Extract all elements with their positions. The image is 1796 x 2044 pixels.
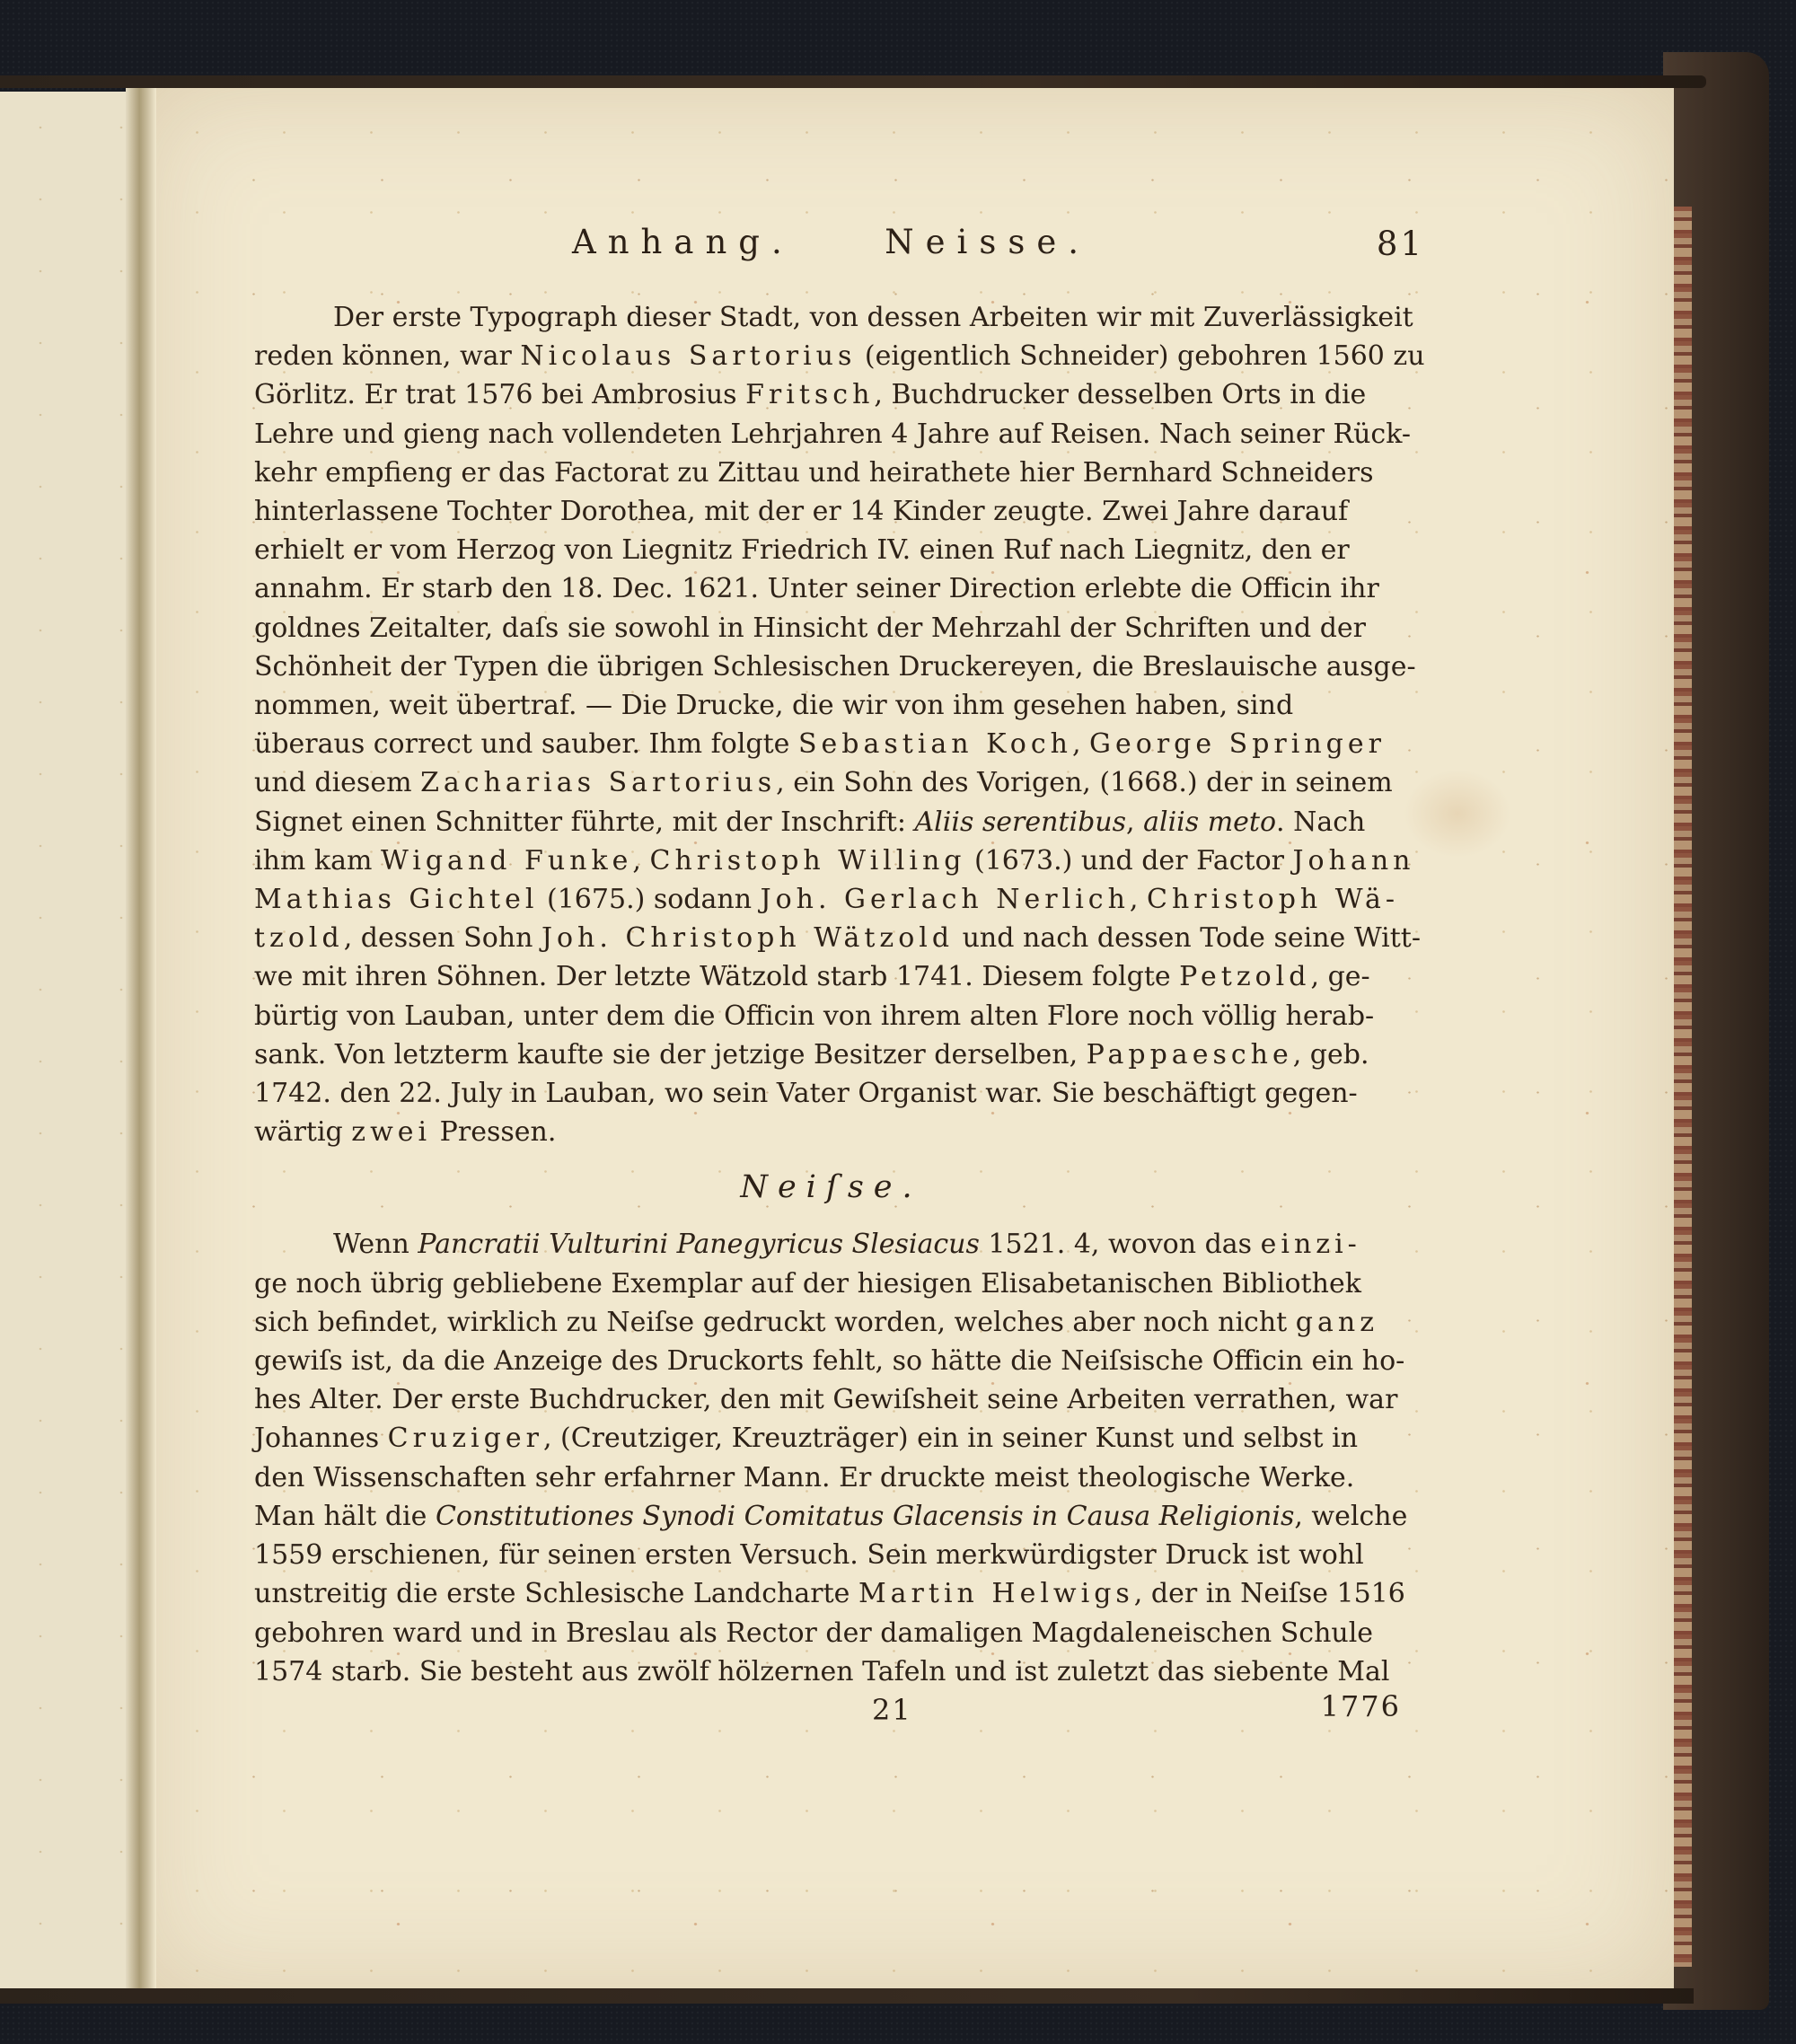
text-segment: kehr empfieng er das Factorat zu Zittau … — [254, 457, 1373, 489]
text-segment: einzi- — [1261, 1229, 1361, 1260]
text-segment: Christoph Wä- — [1147, 884, 1399, 915]
text-line: Görlitz. Er trat 1576 bei Ambrosius Frit… — [254, 375, 1408, 414]
text-segment: Johannes — [254, 1423, 388, 1454]
text-segment: Nicolaus Sartorius — [520, 340, 856, 372]
text-segment: hes Alter. Der erste Buchdrucker, den mi… — [254, 1384, 1397, 1415]
text-line: gewiſs ist, da die Anzeige des Druckorts… — [254, 1342, 1408, 1380]
text-segment: gewiſs ist, da die Anzeige des Druckorts… — [254, 1345, 1404, 1377]
text-segment: Wenn — [333, 1229, 418, 1260]
text-segment: reden können, war — [254, 340, 520, 372]
text-line: Mathias Gichtel (1675.) sodann Joh. Gerl… — [254, 880, 1408, 919]
text-segment: zwei — [351, 1116, 431, 1148]
text-segment: Joh. Christoph Wätzold — [541, 922, 954, 954]
page-footer: 21 1776 — [254, 1693, 1408, 1734]
running-header-title: Anhang. Neisse. — [254, 223, 1408, 261]
text-line: kehr empfieng er das Factorat zu Zittau … — [254, 454, 1408, 492]
text-segment: überaus correct und sauber. Ihm folgte — [254, 728, 798, 760]
text-segment: Pancratii Vulturini Panegyricus Slesiacu… — [418, 1229, 980, 1260]
text-segment: . Nach — [1276, 806, 1365, 838]
text-segment: ganz — [1296, 1307, 1378, 1338]
text-segment: George Springer — [1089, 728, 1386, 760]
text-line: we mit ihren Söhnen. Der letzte Wätzold … — [254, 957, 1408, 996]
text-segment: , Buchdrucker desselben Orts in die — [874, 379, 1366, 410]
text-segment: Wigand Funke — [381, 845, 632, 877]
text-segment: 1521. 4, wovon das — [980, 1229, 1261, 1260]
text-segment: Lehre und gieng nach vollendeten Lehrjah… — [254, 418, 1411, 450]
text-line: sich befindet, wirklich zu Neiſse gedruc… — [254, 1303, 1408, 1342]
text-line: gebohren ward und in Breslau als Rector … — [254, 1614, 1408, 1652]
text-segment: Cruziger — [388, 1423, 543, 1454]
page-body: Der erste Typograph dieser Stadt, von de… — [254, 298, 1408, 1691]
text-line: Lehre und gieng nach vollendeten Lehrjah… — [254, 415, 1408, 454]
text-line: Der erste Typograph dieser Stadt, von de… — [254, 298, 1408, 337]
text-segment: , (Creutziger, Kreuzträger) ein in seine… — [543, 1423, 1358, 1454]
text-segment: Zacharias Sartorius — [420, 767, 776, 798]
text-segment: sank. Von letzterm kaufte sie der jetzig… — [254, 1039, 1087, 1070]
text-segment: gebohren ward und in Breslau als Rector … — [254, 1617, 1373, 1649]
text-segment: Schönheit der Typen die übrigen Schlesis… — [254, 651, 1416, 683]
text-segment: Signet einen Schnitter führte, mit der I… — [254, 806, 915, 838]
text-line: Wenn Pancratii Vulturini Panegyricus Sle… — [254, 1225, 1408, 1264]
text-line: den Wissenschaften sehr erfahrner Mann. … — [254, 1458, 1408, 1497]
catchword-year: 1776 — [1321, 1689, 1401, 1723]
text-line: wärtig zwei Pressen. — [254, 1113, 1408, 1151]
paragraph: Der erste Typograph dieser Stadt, von de… — [254, 298, 1408, 1151]
text-segment: goldnes Zeitalter, daſs sie sowohl in Hi… — [254, 612, 1366, 644]
text-line: bürtig von Lauban, unter dem die Officin… — [254, 997, 1408, 1035]
text-segment: (1673.) und der Factor — [965, 845, 1292, 877]
text-segment: bürtig von Lauban, unter dem die Officin… — [254, 1000, 1374, 1032]
text-segment: , ge- — [1311, 961, 1370, 992]
text-segment: , — [1130, 884, 1147, 915]
text-segment: , der in Neiſse 1516 — [1134, 1578, 1405, 1609]
text-segment: Constitutiones Synodi Comitatus Glacensi… — [436, 1501, 1294, 1532]
section-heading: Neiſse. — [254, 1162, 1408, 1212]
cover-top-edge — [0, 75, 1706, 88]
text-segment: wärtig — [254, 1116, 351, 1148]
text-line: erhielt er vom Herzog von Liegnitz Fried… — [254, 531, 1408, 569]
paragraph: Wenn Pancratii Vulturini Panegyricus Sle… — [254, 1225, 1408, 1690]
text-segment: (1675.) sodann — [538, 884, 760, 915]
sheet-signature: 21 — [872, 1693, 912, 1727]
text-line: Signet einen Schnitter führte, mit der I… — [254, 803, 1408, 841]
text-line: annahm. Er starb den 18. Dec. 1621. Unte… — [254, 569, 1408, 608]
text-segment: , — [1072, 728, 1089, 760]
text-line: hes Alter. Der erste Buchdrucker, den mi… — [254, 1380, 1408, 1419]
text-segment: hinterlassene Tochter Dorothea, mit der … — [254, 496, 1348, 527]
text-segment: ihm kam — [254, 845, 381, 877]
text-line: Johannes Cruziger, (Creutziger, Kreuzträ… — [254, 1419, 1408, 1458]
text-segment: , — [632, 845, 649, 877]
page-number: 81 — [1377, 225, 1424, 263]
text-segment: , — [1126, 806, 1143, 838]
text-segment: Christoph Willing — [649, 845, 965, 877]
text-line: sank. Von letzterm kaufte sie der jetzig… — [254, 1035, 1408, 1074]
text-line: goldnes Zeitalter, daſs sie sowohl in Hi… — [254, 609, 1408, 648]
cover-bottom-edge — [0, 1988, 1694, 2004]
text-segment: sich befindet, wirklich zu Neiſse gedruc… — [254, 1307, 1296, 1338]
text-segment: Görlitz. Er trat 1576 bei Ambrosius — [254, 379, 745, 410]
text-segment: , dessen Sohn — [344, 922, 541, 954]
text-segment: 1574 starb. Sie besteht aus zwölf hölzer… — [254, 1656, 1389, 1687]
text-segment: Pappaesche — [1087, 1039, 1293, 1070]
text-segment: Der erste Typograph dieser Stadt, von de… — [333, 302, 1413, 333]
text-line: hinterlassene Tochter Dorothea, mit der … — [254, 492, 1408, 531]
text-segment: unstreitig die erste Schlesische Landcha… — [254, 1578, 858, 1609]
text-segment: , ein Sohn des Vorigen, (1668.) der in s… — [776, 767, 1393, 798]
text-segment: (eigentlich Schneider) gebohren 1560 zu — [856, 340, 1424, 372]
text-segment: Fritsch — [745, 379, 874, 410]
text-segment: , welche — [1294, 1501, 1407, 1532]
text-line: reden können, war Nicolaus Sartorius (ei… — [254, 337, 1408, 375]
text-line: 1559 erschienen, für seinen ersten Versu… — [254, 1536, 1408, 1574]
page-content: Anhang. Neisse. 81 Der erste Typograph d… — [254, 223, 1408, 1734]
text-segment: nommen, weit übertraf. — Die Drucke, die… — [254, 690, 1293, 721]
text-segment: Aliis serentibus — [915, 806, 1127, 838]
text-line: 1574 starb. Sie besteht aus zwölf hölzer… — [254, 1652, 1408, 1691]
text-line: 1742. den 22. July in Lauban, wo sein Va… — [254, 1074, 1408, 1113]
scanned-book-photo: { "colors":{ "background":"#171a21", "pa… — [0, 0, 1796, 2044]
text-line: Man hält die Constitutiones Synodi Comit… — [254, 1497, 1408, 1536]
text-segment: Martin Helwigs — [858, 1578, 1134, 1609]
header-title-left: Anhang. — [572, 223, 794, 261]
text-segment: we mit ihren Söhnen. Der letzte Wätzold … — [254, 961, 1179, 992]
text-line: tzold, dessen Sohn Joh. Christoph Wätzol… — [254, 919, 1408, 957]
text-segment: Johann — [1293, 845, 1415, 877]
text-segment: aliis meto — [1143, 806, 1276, 838]
text-segment: Sebastian Koch — [798, 728, 1072, 760]
text-segment: Pressen. — [431, 1116, 556, 1148]
text-segment: und diesem — [254, 767, 420, 798]
text-segment: und nach dessen Tode seine Witt- — [954, 922, 1421, 954]
text-line: überaus correct und sauber. Ihm folgte S… — [254, 725, 1408, 763]
running-header: Anhang. Neisse. 81 — [254, 223, 1408, 298]
text-segment: 1742. den 22. July in Lauban, wo sein Va… — [254, 1078, 1358, 1109]
text-segment: Man hält die — [254, 1501, 436, 1532]
text-segment: ge noch übrig gebliebene Exemplar auf de… — [254, 1268, 1361, 1300]
text-segment: erhielt er vom Herzog von Liegnitz Fried… — [254, 534, 1350, 566]
text-line: ihm kam Wigand Funke, Christoph Willing … — [254, 841, 1408, 880]
text-segment: annahm. Er starb den 18. Dec. 1621. Unte… — [254, 573, 1379, 604]
text-segment: Petzold — [1179, 961, 1310, 992]
text-line: nommen, weit übertraf. — Die Drucke, die… — [254, 686, 1408, 725]
page-gutter-crease — [126, 88, 156, 1992]
text-line: ge noch übrig gebliebene Exemplar auf de… — [254, 1264, 1408, 1303]
text-line: und diesem Zacharias Sartorius, ein Sohn… — [254, 763, 1408, 802]
header-title-right: Neisse. — [885, 223, 1090, 261]
text-line: unstreitig die erste Schlesische Landcha… — [254, 1574, 1408, 1613]
text-segment: , geb. — [1293, 1039, 1369, 1070]
text-line: Schönheit der Typen die übrigen Schlesis… — [254, 648, 1408, 686]
text-segment: Mathias Gichtel — [254, 884, 538, 915]
text-segment: Joh. Gerlach Nerlich — [761, 884, 1130, 915]
text-segment: tzold — [254, 922, 344, 954]
text-segment: den Wissenschaften sehr erfahrner Mann. … — [254, 1462, 1354, 1493]
text-segment: 1559 erschienen, für seinen ersten Versu… — [254, 1539, 1364, 1571]
